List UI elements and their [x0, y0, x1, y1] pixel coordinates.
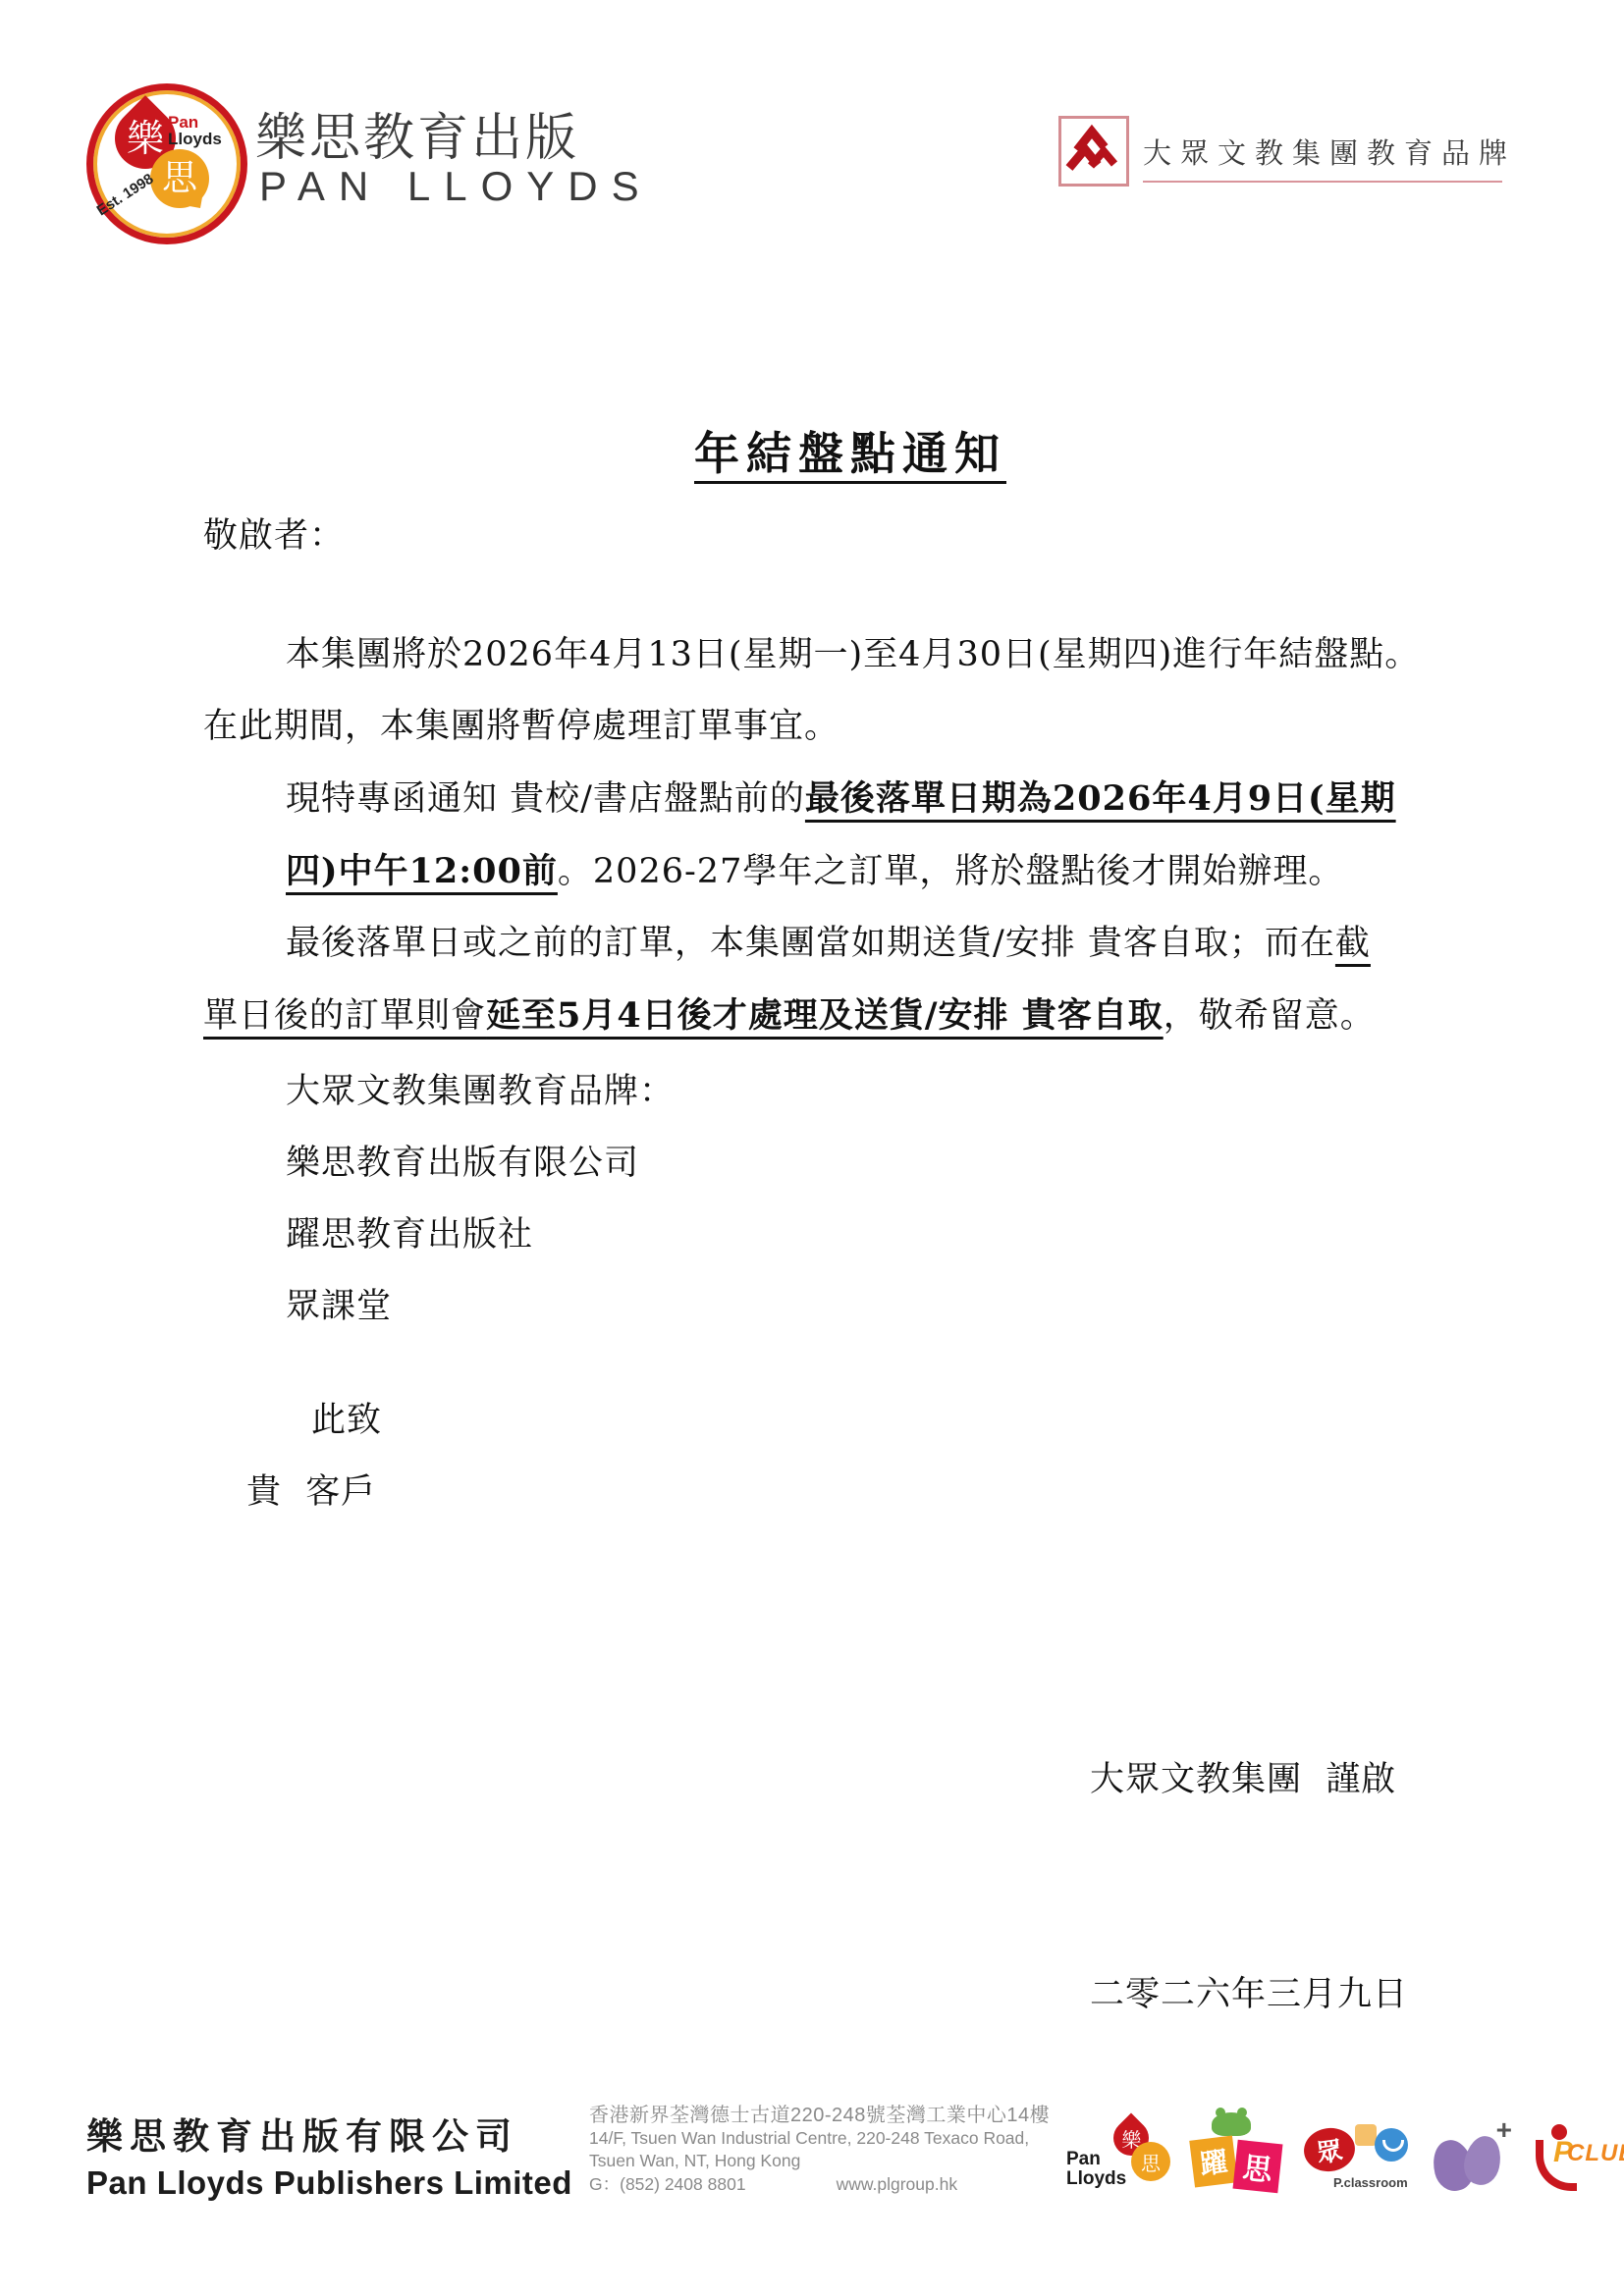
- paragraph-2-emphasis-line2: 四)中午12:00前: [286, 851, 558, 891]
- footer-logo-pl-club: P CLUB: [1528, 2114, 1624, 2207]
- footer-brand-logos: 樂 思 Pan Lloyds 躍 思 眾 P.classroom + P: [1066, 2112, 1624, 2207]
- brand-item-yuesi: 躍思教育出版社: [286, 1215, 533, 1255]
- wordmark-english: PAN LLOYDS: [259, 163, 653, 210]
- logo-orange-bubble-icon: 思: [150, 149, 209, 208]
- logo-char-le: 樂: [127, 120, 164, 157]
- footer-company-english: Pan Lloyds Publishers Limited: [86, 2164, 572, 2202]
- signature-sender: 大眾文教集團 謹啟: [1090, 1744, 1421, 1816]
- paragraph-2: 現特專函通知 貴校/書店盤點前的最後落單日期為2026年4月9日(星期四)中午1…: [286, 763, 1421, 908]
- footer-phone: G：(852) 2408 8801: [589, 2173, 746, 2196]
- paragraph-3-underline-line1: 截: [1335, 924, 1371, 963]
- paragraph-3: 最後落單日或之前的訂單，本集團當如期送貨/安排 貴客自取；而在截單日後的訂單則會…: [203, 908, 1421, 1052]
- letter-title: 年結盤點通知: [280, 424, 1421, 483]
- paragraph-2-emphasis-line1: 最後落單日期為2026年4月9日(星期: [805, 778, 1396, 819]
- paragraph-1: 本集團將於2026年4月13日(星期一)至4月30日(星期四)進行年結盤點。在此…: [203, 619, 1421, 763]
- pan-lloyds-circle-icon: 思: [1131, 2142, 1170, 2181]
- group-logo-icon: [1058, 116, 1129, 187]
- wordmark-chinese: 樂思教育出版: [255, 96, 579, 170]
- frog-icon: [1212, 2112, 1251, 2136]
- footer-logo-pan-lloyds: 樂 思 Pan Lloyds: [1066, 2116, 1174, 2207]
- group-brand-text: 大眾文教集團教育品牌: [1143, 132, 1516, 172]
- pan-lloyds-wordmark: Pan Lloyds: [1066, 2150, 1126, 2189]
- signature-date: 二零二六年三月九日: [1090, 1959, 1421, 2031]
- logo-name-line1: Pan: [168, 114, 222, 131]
- yuesi-red-square: 思: [1233, 2140, 1283, 2194]
- footer-address-english-2: Tsuen Wan, NT, Hong Kong: [589, 2150, 1050, 2172]
- brand-item-pan-lloyds: 樂思教育出版有限公司: [286, 1144, 639, 1183]
- classroom-smile-icon: [1375, 2128, 1408, 2162]
- footer-company: 樂思教育出版有限公司 Pan Lloyds Publishers Limited: [86, 2107, 572, 2202]
- footer-logo-yuesi: 躍 思: [1190, 2112, 1288, 2207]
- classroom-red-badge: 眾: [1301, 2125, 1358, 2175]
- paragraph-3-end: ，敬希留意。: [1164, 996, 1376, 1036]
- letter-page: 樂 思 Pan Lloyds Est. 1998 樂思教育出版 PAN LLOY…: [0, 0, 1624, 2296]
- footer-address-english-1: 14/F, Tsuen Wan Industrial Centre, 220-2…: [589, 2127, 1050, 2150]
- club-label: CLUB: [1567, 2140, 1624, 2167]
- yuesi-orange-square: 躍: [1189, 2135, 1238, 2187]
- footer-logo-a-plus: +: [1430, 2114, 1512, 2207]
- logo-char-si: 思: [162, 161, 197, 196]
- brand-list-heading: 大眾文教集團教育品牌：: [286, 1072, 675, 1111]
- paragraph-1-line2: 在此期間，本集團將暫停處理訂單事宜。: [203, 707, 839, 746]
- paragraph-3-emphasis: 延至5月4日後才處理及送貨/安排 貴客自取: [486, 995, 1164, 1036]
- logo-est-text: Est. 1998: [94, 171, 157, 220]
- paragraph-1-line1: 本集團將於2026年4月13日(星期一)至4月30日(星期四)進行年結盤點。: [286, 635, 1420, 674]
- paragraph-2-rest: 。2026-27學年之訂單，將於盤點後才開始辦理。: [558, 852, 1343, 891]
- closing-cizhi: 此致: [203, 1385, 1421, 1457]
- salutation: 敬啟者：: [203, 501, 1421, 572]
- footer-website: www.plgroup.hk: [837, 2173, 958, 2196]
- letter-body: 年結盤點通知 敬啟者： 本集團將於2026年4月13日(星期一)至4月30日(星…: [203, 424, 1421, 2174]
- classroom-yellow-square-icon: [1355, 2124, 1377, 2146]
- group-brand-header: 大眾文教集團教育品牌: [1058, 116, 1530, 194]
- classroom-caption: P.classroom: [1333, 2175, 1408, 2190]
- closing-recipient: 貴 客戶: [203, 1457, 1421, 1528]
- brand-list: 大眾文教集團教育品牌：樂思教育出版有限公司躍思教育出版社眾課堂: [286, 1056, 1421, 1343]
- footer-logo-classroom: 眾 P.classroom: [1304, 2114, 1414, 2207]
- paragraph-3-underline-line2: 單日後的訂單則會: [203, 996, 486, 1036]
- pan-lloyds-circle-logo: 樂 思 Pan Lloyds Est. 1998: [86, 83, 247, 244]
- logo-name-line2: Lloyds: [168, 131, 222, 147]
- footer-address-chinese: 香港新界荃灣德士古道220-248號荃灣工業中心14樓: [589, 2105, 1050, 2127]
- group-logo-mark-icon: [1061, 119, 1120, 178]
- logo-name: Pan Lloyds: [168, 114, 222, 147]
- group-brand-underline: [1143, 181, 1502, 183]
- footer-address: 香港新界荃灣德士古道220-248號荃灣工業中心14樓 14/F, Tsuen …: [589, 2105, 1050, 2196]
- brand-item-classroom: 眾課堂: [286, 1287, 392, 1326]
- footer-company-chinese: 樂思教育出版有限公司: [86, 2107, 572, 2160]
- paragraph-3-lead: 最後落單日或之前的訂單，本集團當如期送貨/安排 貴客自取；而在: [286, 924, 1335, 963]
- paragraph-2-lead: 現特專函通知 貴校/書店盤點前的: [286, 779, 805, 819]
- plus-sign: +: [1496, 2116, 1512, 2144]
- signature-block: 大眾文教集團 謹啟 二零二六年三月九日: [1090, 1601, 1421, 2174]
